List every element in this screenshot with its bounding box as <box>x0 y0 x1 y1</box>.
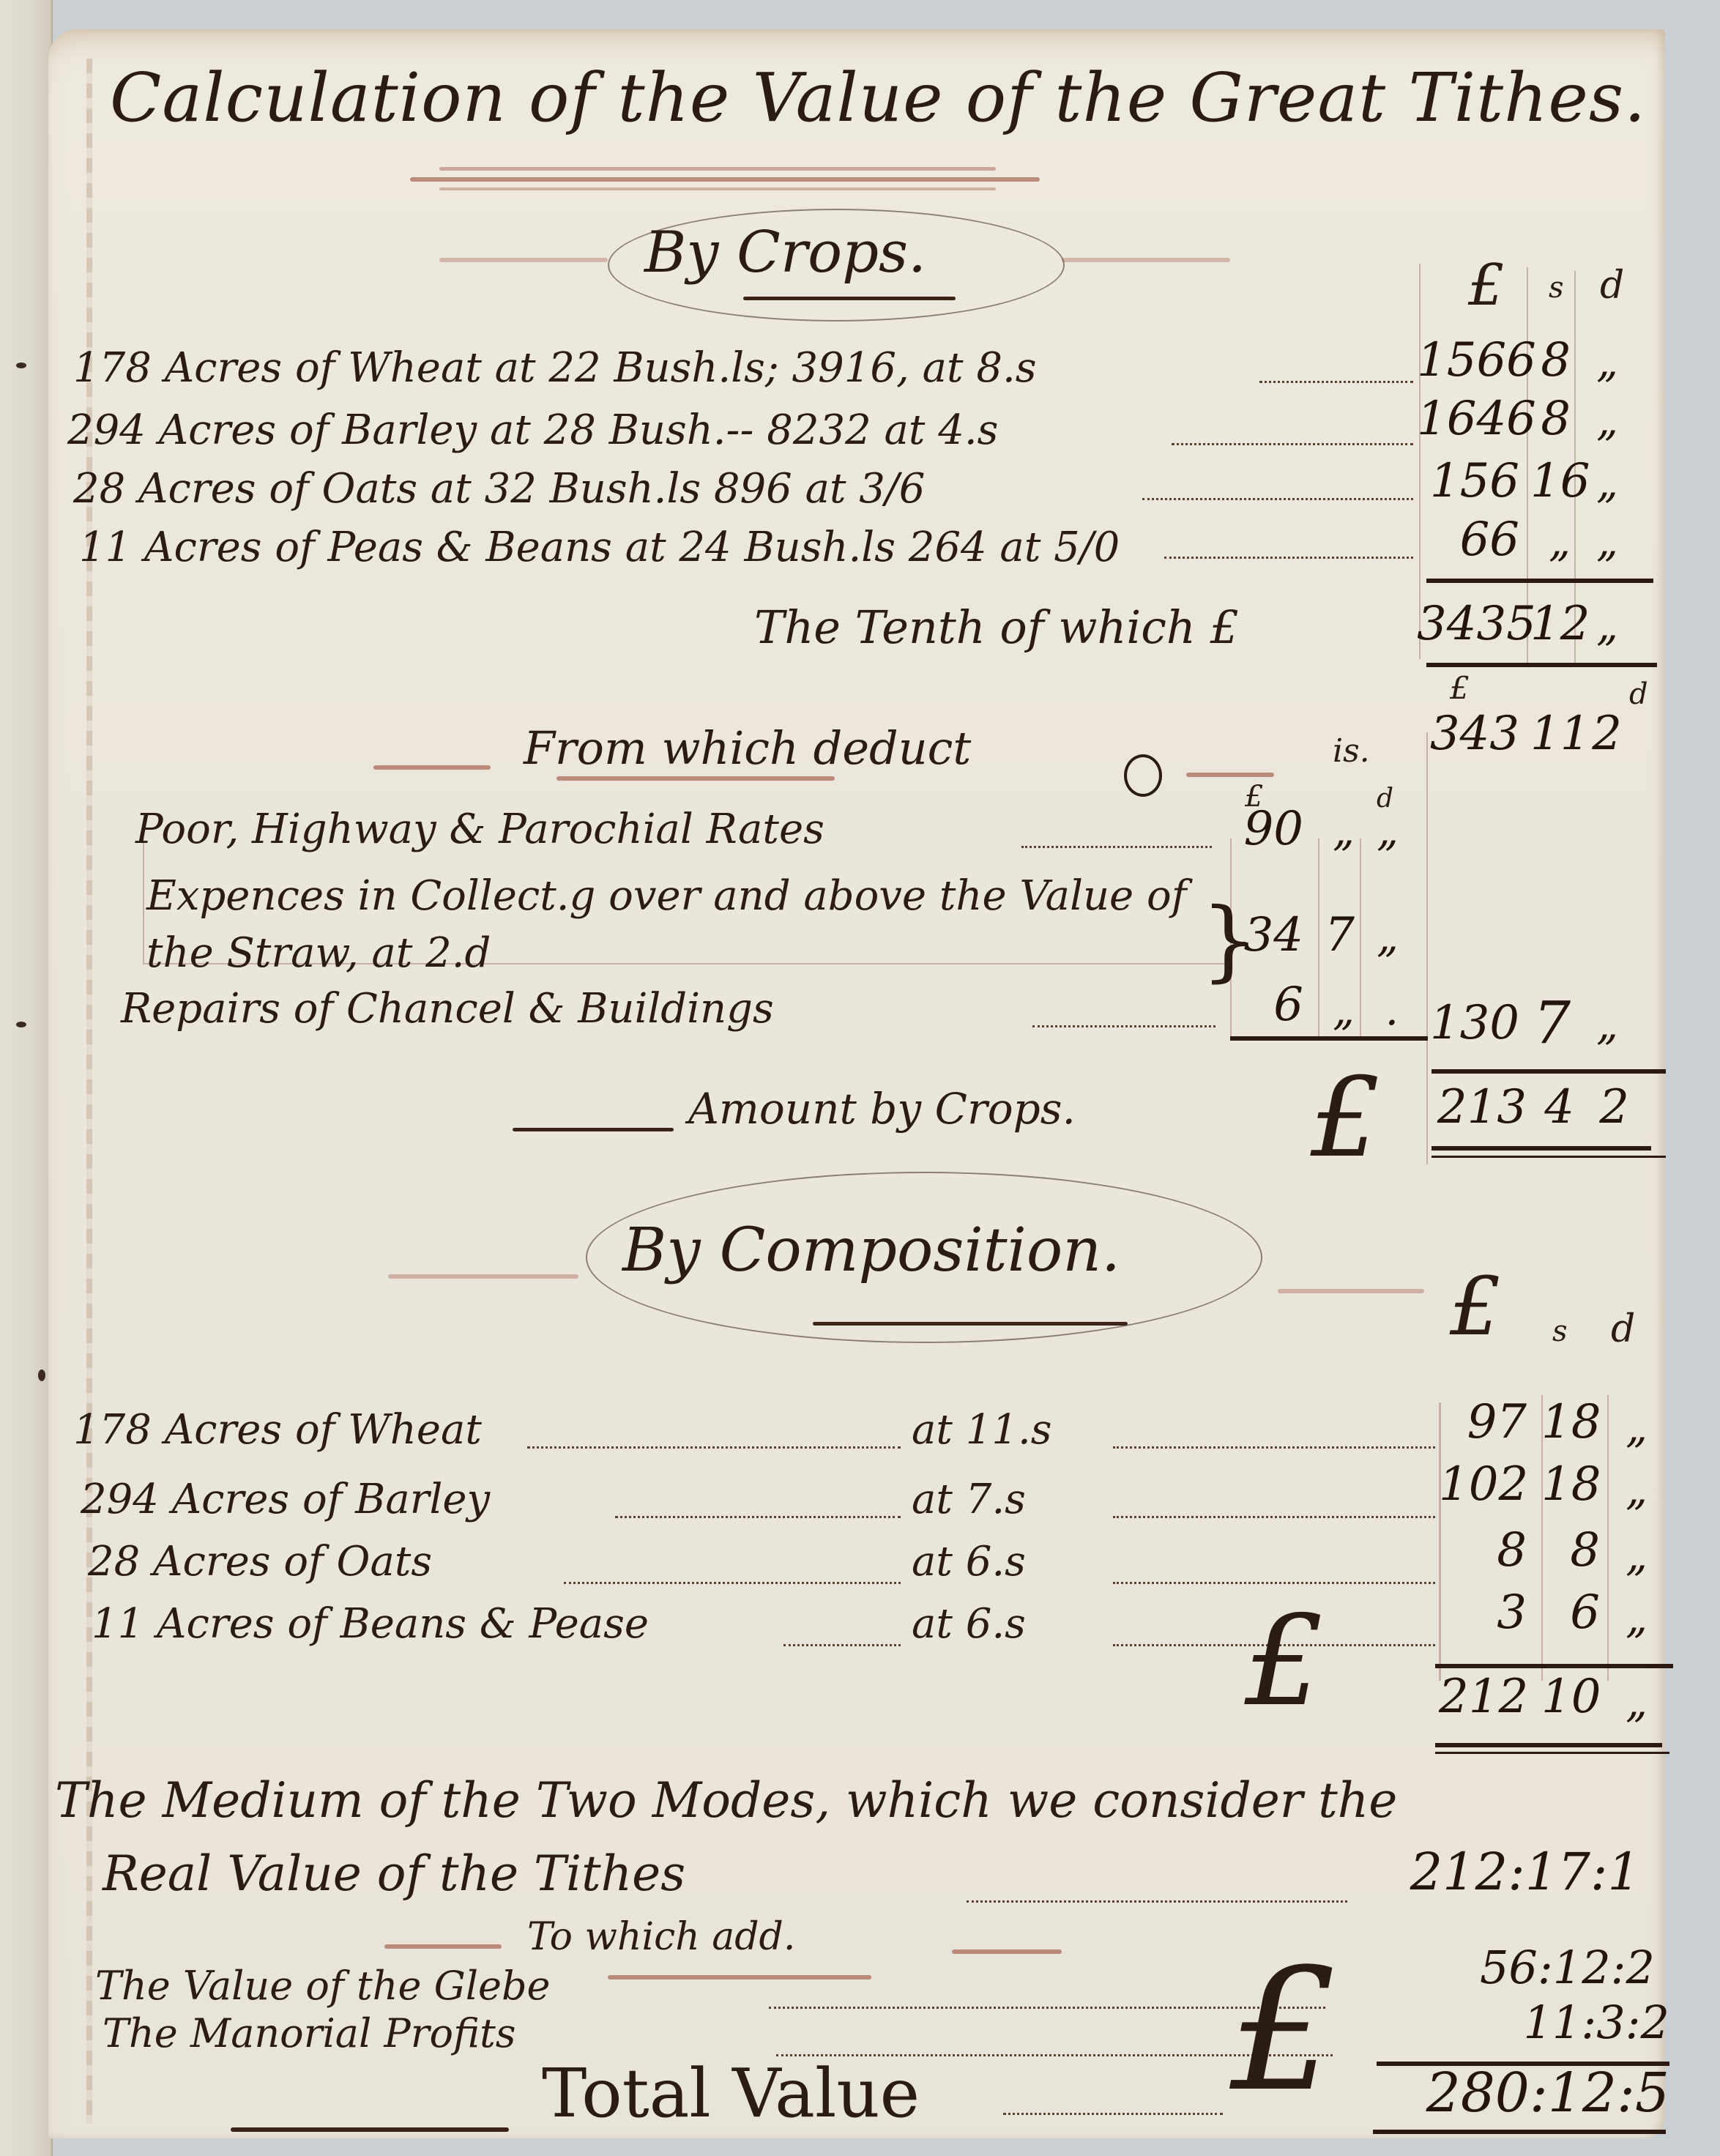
pound-flourish-icon: £ <box>1311 1055 1380 1182</box>
heading-underline <box>556 776 835 781</box>
medium-line-2: Real Value of the Tithes <box>103 1845 685 1902</box>
sum-rule <box>1230 1036 1428 1041</box>
composition-shillings: 18 <box>1541 1457 1600 1512</box>
leader-dots <box>1164 557 1413 559</box>
sum-double-rule <box>1426 663 1657 667</box>
amount-pence: „ <box>1582 458 1618 508</box>
title-underline <box>439 167 996 171</box>
composition-shillings: 8 <box>1541 1523 1600 1577</box>
flourish-loop <box>1124 754 1162 797</box>
shillings-column-header: s <box>1552 1315 1568 1348</box>
leader-dots <box>967 1900 1347 1903</box>
composition-total-pounds: 212 <box>1439 1670 1527 1724</box>
deductions-total-shillings: 7 <box>1530 989 1571 1057</box>
leader-dots <box>1172 443 1413 445</box>
deduction-pence: „ <box>1362 912 1399 962</box>
composition-shillings: 18 <box>1541 1395 1600 1449</box>
leader-dots <box>564 1582 901 1584</box>
amount-shillings: „ <box>1530 516 1571 566</box>
manorial-label: The Manorial Profits <box>103 2010 516 2056</box>
amount-by-crops-pence: 2 <box>1585 1080 1629 1134</box>
deduction-pence: „ <box>1362 806 1399 855</box>
deductions-total-pence: „ <box>1582 1000 1618 1049</box>
composition-pence: „ <box>1611 1531 1648 1580</box>
composition-pounds: 8 <box>1439 1523 1527 1577</box>
facing-page-edge <box>0 0 53 2156</box>
page-title: Calculation of the Value of the Great Ti… <box>110 59 1646 137</box>
pound-flourish-icon: £ <box>1245 1589 1324 1734</box>
deduction-repairs: Repairs of Chancel & Buildings <box>121 985 774 1033</box>
composition-rate: at 7.s <box>912 1476 1026 1523</box>
crop-line-barley: 294 Acres of Barley at 28 Bush.-- 8232 a… <box>67 406 998 454</box>
amount-shillings: 8 <box>1530 333 1571 387</box>
crop-line-peas-beans: 11 Acres of Peas & Beans at 24 Bush.ls 2… <box>79 524 1120 571</box>
manorial-value: 11:3:2 <box>1362 1996 1669 2049</box>
composition-pounds: 97 <box>1439 1395 1527 1449</box>
composition-pounds: 3 <box>1439 1586 1527 1640</box>
composition-pounds: 102 <box>1439 1457 1527 1512</box>
deduct-heading: From which deduct <box>524 721 971 775</box>
pence-column-header: d <box>1600 264 1624 308</box>
composition-rate: at 6.s <box>912 1600 1026 1648</box>
heading-rule <box>373 765 491 770</box>
composition-rate: at 11.s <box>912 1406 1052 1454</box>
composition-total-pence: „ <box>1611 1677 1648 1727</box>
sum-double-rule <box>1373 2130 1666 2134</box>
total-value: 280:12:5 <box>1362 2062 1669 2125</box>
amount-by-crops-label: Amount by Crops. <box>688 1084 1076 1134</box>
heading-underline <box>813 1322 1128 1326</box>
crop-line-wheat: 178 Acres of Wheat at 22 Bush.ls; 3916, … <box>73 344 1037 392</box>
crops-total-shillings: 12 <box>1530 597 1571 651</box>
amount-pence: „ <box>1582 516 1618 566</box>
binding-hole <box>16 363 26 368</box>
heading-rule <box>952 1949 1062 1954</box>
total-rule <box>231 2127 509 2132</box>
column-rule <box>1360 839 1361 1036</box>
composition-line-barley: 294 Acres of Barley <box>81 1476 490 1523</box>
heading-rule <box>1062 258 1230 262</box>
leader-dots <box>615 1516 901 1518</box>
leader-dots <box>1003 2113 1223 2115</box>
tenth-pounds: 343 <box>1417 707 1519 761</box>
leader-dots <box>783 1644 901 1646</box>
sum-rule <box>1435 1664 1673 1668</box>
deduction-shillings: „ <box>1318 806 1355 855</box>
heading-underline <box>608 1975 871 1980</box>
pence-mark: d <box>1629 677 1648 711</box>
heading-rule <box>384 1944 502 1949</box>
sum-double-rule <box>1432 1146 1651 1151</box>
amount-shillings: 8 <box>1530 392 1571 446</box>
binding-hole <box>38 1369 45 1381</box>
composition-line-wheat: 178 Acres of Wheat <box>73 1406 482 1454</box>
amount-by-crops-shillings: 4 <box>1530 1080 1574 1134</box>
leader-dots <box>527 1446 901 1449</box>
amount-shillings: 16 <box>1530 454 1571 508</box>
tenth-label: The Tenth of which £ <box>754 601 1239 654</box>
composition-shillings: 6 <box>1541 1586 1600 1640</box>
crops-total-pounds: 3435 <box>1417 597 1519 651</box>
composition-pence: „ <box>1611 1402 1648 1452</box>
sum-double-rule <box>1435 1752 1669 1754</box>
amount-pence: „ <box>1582 395 1618 445</box>
amount-pounds: 66 <box>1417 513 1519 567</box>
deduction-pence: . <box>1362 985 1399 1035</box>
heading-rule <box>1186 773 1274 777</box>
amount-pounds: 1566 <box>1417 333 1519 387</box>
heading-rule <box>439 258 608 262</box>
composition-pence: „ <box>1611 1593 1648 1643</box>
deduction-collection-expenses: Expences in Collect.g over and above the… <box>146 868 1208 982</box>
sum-rule <box>1426 579 1653 583</box>
glebe-value: 56:12:2 <box>1362 1941 1655 1994</box>
add-heading: To which add. <box>527 1915 795 1959</box>
leader-dots <box>1021 846 1212 848</box>
pence-column-header: d <box>1611 1307 1635 1351</box>
deduction-pounds: 34 <box>1237 908 1303 962</box>
composition-rate: at 6.s <box>912 1538 1026 1586</box>
pounds-mark: £ <box>1450 670 1470 706</box>
sum-rule <box>1432 1069 1666 1074</box>
heading-rule <box>513 1128 674 1131</box>
pounds-column-header: £ <box>1468 253 1505 319</box>
composition-line-beans-pease: 11 Acres of Beans & Pease <box>92 1600 649 1648</box>
composition-line-oats: 28 Acres of Oats <box>88 1538 432 1586</box>
deductions-total-pounds: 130 <box>1428 996 1519 1050</box>
medium-value: 212:17:1 <box>1362 1842 1640 1902</box>
leader-dots <box>1259 381 1413 383</box>
amount-pence: „ <box>1582 337 1618 387</box>
amount-pounds: 156 <box>1417 454 1519 508</box>
deduction-shillings: 7 <box>1318 908 1355 962</box>
sum-double-rule <box>1432 1156 1666 1158</box>
deduction-shillings: „ <box>1318 985 1355 1035</box>
section-heading-by-crops: By Crops. <box>644 220 926 286</box>
heading-underline <box>743 297 956 300</box>
deduction-rates: Poor, Highway & Parochial Rates <box>135 806 824 853</box>
section-heading-by-composition: By Composition. <box>622 1216 1120 1285</box>
amount-by-crops-pounds: 213 <box>1432 1080 1527 1134</box>
leader-dots <box>1142 498 1413 500</box>
amount-pounds: 1646 <box>1417 392 1519 446</box>
sum-double-rule <box>1435 1743 1662 1747</box>
binding-hole <box>16 1022 26 1027</box>
tenth-is-label: is. <box>1333 732 1370 770</box>
deduction-pounds: 90 <box>1237 802 1303 856</box>
column-rule <box>1426 732 1428 1164</box>
leader-dots <box>1113 1516 1435 1518</box>
deduction-pounds: 6 <box>1237 978 1303 1032</box>
composition-pence: „ <box>1611 1465 1648 1514</box>
title-underline <box>439 187 996 190</box>
leader-dots <box>1032 1025 1215 1027</box>
tenth-shillings: 11 <box>1530 707 1571 761</box>
crops-total-pence: „ <box>1582 601 1618 650</box>
tenth-pence: 2 <box>1582 707 1622 761</box>
total-label: Total Value <box>542 2054 920 2133</box>
pounds-column-header: £ <box>1450 1260 1501 1353</box>
column-rule <box>1607 1395 1609 1681</box>
shillings-column-header: s <box>1549 271 1564 305</box>
heading-rule <box>388 1274 578 1279</box>
title-underline <box>410 177 1040 182</box>
pound-flourish-icon: £ <box>1230 1933 1337 2129</box>
glebe-label: The Value of the Glebe <box>95 1963 550 2009</box>
leader-dots <box>1113 1446 1435 1449</box>
medium-line-1: The Medium of the Two Modes, which we co… <box>55 1772 1397 1829</box>
crop-line-oats: 28 Acres of Oats at 32 Bush.ls 896 at 3/… <box>73 465 925 513</box>
composition-total-shillings: 10 <box>1541 1670 1600 1724</box>
leader-dots <box>1113 1582 1435 1584</box>
heading-rule <box>1278 1289 1424 1293</box>
